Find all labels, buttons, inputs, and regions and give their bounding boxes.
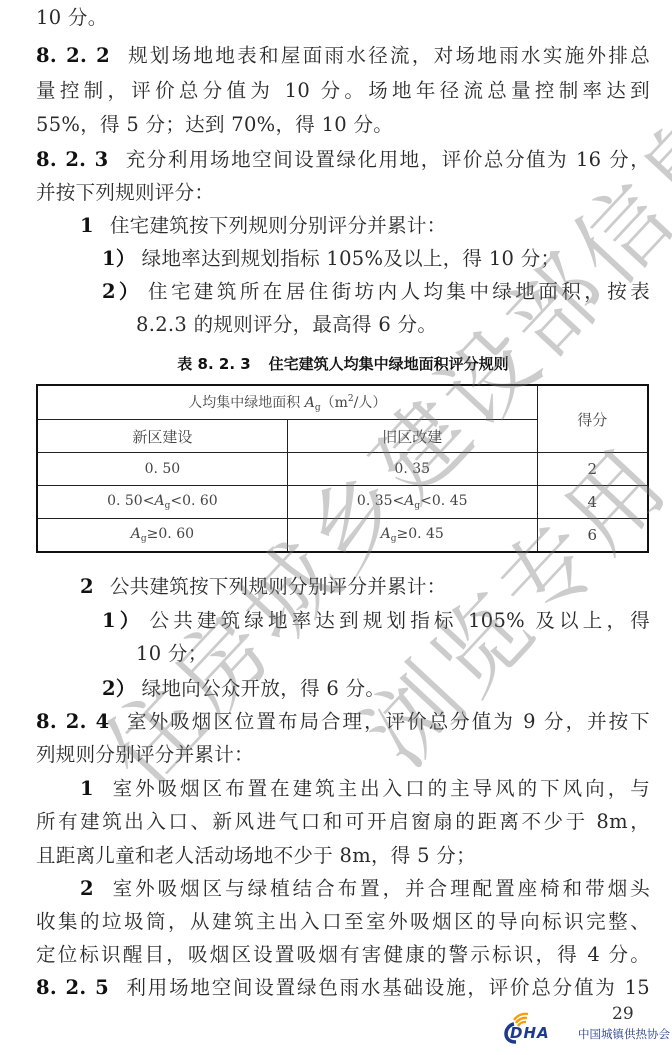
subitem-text: 8.2.3 的规则评分，最高得 6 分。 [136, 313, 437, 336]
clause-8-2-4-item-1-line-3: 且距离儿童和老人活动场地不少于 8m，得 5 分； [36, 841, 650, 871]
subitem-text: 住宅建筑所在居住街坊内人均集中绿地面积，按表 [148, 280, 650, 303]
clause-8-2-3-item-2: 2公共建筑按下列规则分别评分并累计： [80, 572, 650, 602]
clause-8-2-4-item-1-line-2: 所有建筑出入口、新风进气口和可开启窗扇的距离不少于 8m， [36, 807, 650, 837]
clause-number: 8. 2. 5 [36, 976, 109, 999]
clause-8-2-3-item-1: 1住宅建筑按下列规则分别评分并累计： [80, 211, 650, 241]
clause-text: 并按下列规则评分： [36, 181, 214, 204]
clause-text: 量控制，评价总分值为 10 分。场地年径流总量控制率达到 [36, 79, 650, 102]
subitem-text: 公共建筑绿地率达到规划指标 105% 及以上，得 [149, 609, 650, 632]
clause-8-2-3-line-2: 并按下列规则评分： [36, 178, 650, 208]
clause-number: 8. 2. 3 [36, 148, 109, 171]
subitem-number: 1） [102, 609, 143, 632]
clause-8-2-3-item-1-sub-1: 1）绿地率达到规划指标 105%及以上，得 10 分； [102, 244, 650, 274]
header-score: 得分 [537, 385, 648, 453]
logo-abbreviation: DHA [510, 1024, 550, 1042]
subitem-text: 绿地率达到规划指标 105%及以上，得 10 分； [142, 247, 561, 270]
clause-text: 规划场地地表和屋面雨水径流，对场地雨水实施外排总 [126, 44, 650, 67]
subitem-number: 2） [102, 677, 136, 700]
clause-text: 充分利用场地空间设置绿化用地，评价总分值为 16 分， [125, 148, 651, 171]
cell-text: 0. 50< [107, 493, 154, 509]
text-line: 10 分。 [36, 3, 650, 33]
cell-score: 4 [537, 486, 648, 519]
item-text: 公共建筑按下列规则分别评分并累计： [110, 575, 447, 598]
cell-text: ≥0. 60 [147, 526, 194, 542]
unit-close: /人） [354, 395, 387, 411]
item-number: 1 [80, 777, 94, 800]
item-number: 1 [80, 214, 94, 237]
subitem-text: 绿地向公众开放，得 6 分。 [142, 677, 386, 700]
table-number: 表 8. 2. 3 [177, 355, 250, 373]
clause-8-2-4-line-1: 8. 2. 4室外吸烟区位置布局合理，评价总分值为 9 分，并按下 [36, 707, 650, 737]
header-green-area: 人均集中绿地面积 Ag（m2/人） [37, 385, 537, 420]
clause-8-2-4-item-2-line-2: 收集的垃圾筒，从建筑主出入口至室外吸烟区的导向标识完整、 [36, 907, 650, 937]
paragraph-tail: 10 分。 [36, 6, 108, 29]
variable-a: A [154, 493, 164, 509]
cell-old: 0. 35<Ag<0. 45 [287, 486, 537, 519]
clause-8-2-2-line-1: 8. 2. 2规划场地地表和屋面雨水径流，对场地雨水实施外排总 [36, 41, 650, 71]
scoring-table: 人均集中绿地面积 Ag（m2/人） 得分 新区建设 旧区改建 0. 50 0. … [36, 384, 649, 553]
table-row: 0. 50 0. 35 2 [37, 453, 648, 486]
clause-8-2-3-item-1-sub-2-line-2: 8.2.3 的规则评分，最高得 6 分。 [136, 310, 650, 340]
clause-number: 8. 2. 2 [36, 44, 110, 67]
variable-a: A [305, 395, 315, 411]
variable-a: A [131, 526, 141, 542]
cell-new: Ag≥0. 60 [37, 519, 287, 553]
cell-new: 0. 50 [37, 453, 287, 486]
variable-a: A [404, 493, 414, 509]
clause-8-2-3-line-1: 8. 2. 3充分利用场地空间设置绿化用地，评价总分值为 16 分， [36, 145, 650, 175]
clause-8-2-4-item-2-line-1: 2室外吸烟区与绿植结合布置，并合理配置座椅和带烟头 [80, 874, 650, 904]
cell-score: 6 [537, 519, 648, 553]
item-text: 且距离儿童和老人活动场地不少于 8m，得 5 分； [36, 844, 476, 867]
clause-8-2-3-item-2-sub-2: 2）绿地向公众开放，得 6 分。 [102, 674, 650, 704]
cell-text: <0. 60 [170, 493, 217, 509]
cell-old: 0. 35 [287, 453, 537, 486]
header-old-district: 旧区改建 [287, 420, 537, 453]
subitem-number: 1） [102, 247, 136, 270]
item-number: 2 [80, 877, 94, 900]
cell-text: <0. 45 [420, 493, 467, 509]
clause-text: 利用场地空间设置绿色雨水基础设施，评价总分值为 15 [125, 976, 650, 999]
item-text: 收集的垃圾筒，从建筑主出入口至室外吸烟区的导向标识完整、 [36, 910, 650, 933]
header-new-district: 新区建设 [37, 420, 287, 453]
clause-text: 室外吸烟区位置布局合理，评价总分值为 9 分，并按下 [125, 710, 650, 733]
variable-a: A [381, 526, 391, 542]
item-text: 所有建筑出入口、新风进气口和可开启窗扇的距离不少于 8m， [36, 810, 650, 833]
item-number: 2 [80, 575, 94, 598]
document-page: 10 分。 8. 2. 2规划场地地表和屋面雨水径流，对场地雨水实施外排总 量控… [0, 0, 672, 1055]
table-caption: 表 8. 2. 3住宅建筑人均集中绿地面积评分规则 [36, 352, 650, 376]
cell-text: ≥0. 45 [396, 526, 443, 542]
clause-8-2-3-item-1-sub-2-line-1: 2）住宅建筑所在居住街坊内人均集中绿地面积，按表 [102, 277, 650, 307]
clause-8-2-4-item-1-line-1: 1室外吸烟区布置在建筑主出入口的主导风的下风向，与 [80, 774, 650, 804]
clause-8-2-4-line-2: 列规则分别评分并累计： [36, 740, 650, 770]
cell-text: 0. 35< [357, 493, 404, 509]
item-text: 室外吸烟区与绿植结合布置，并合理配置座椅和带烟头 [110, 877, 650, 900]
clause-8-2-2-line-3: 55%，得 5 分；达到 70%，得 10 分。 [36, 110, 650, 140]
cell-score: 2 [537, 453, 648, 486]
clause-8-2-3-item-2-sub-1-line-2: 10 分； [136, 639, 650, 669]
table-row: Ag≥0. 60 Ag≥0. 45 6 [37, 519, 648, 553]
subitem-text: 10 分； [136, 642, 208, 665]
cell-old: Ag≥0. 45 [287, 519, 537, 553]
clause-8-2-3-item-2-sub-1-line-1: 1）公共建筑绿地率达到规划指标 105% 及以上，得 [102, 606, 650, 636]
unit-open: （m [321, 395, 348, 411]
clause-number: 8. 2. 4 [36, 710, 109, 733]
clause-text: 55%，得 5 分；达到 70%，得 10 分。 [36, 113, 393, 136]
item-text: 住宅建筑按下列规则分别评分并累计： [110, 214, 447, 237]
clause-text: 列规则分别评分并累计： [36, 743, 254, 766]
table-row: 0. 50<Ag<0. 60 0. 35<Ag<0. 45 4 [37, 486, 648, 519]
table-header-row-1: 人均集中绿地面积 Ag（m2/人） 得分 [37, 385, 648, 420]
header-label: 人均集中绿地面积 [188, 395, 304, 411]
clause-8-2-4-item-2-line-3: 定位标识醒目，吸烟区设置吸烟有害健康的警示标识，得 4 分。 [36, 940, 650, 970]
clause-8-2-5-line-1: 8. 2. 5利用场地空间设置绿色雨水基础设施，评价总分值为 15 [36, 973, 650, 1003]
item-text: 定位标识醒目，吸烟区设置吸烟有害健康的警示标识，得 4 分。 [36, 943, 650, 966]
subitem-number: 2） [102, 280, 142, 303]
footer-logo: DHA 中国城镇供热协会 [498, 1012, 668, 1044]
clause-8-2-2-line-2: 量控制，评价总分值为 10 分。场地年径流总量控制率达到 [36, 76, 650, 106]
item-text: 室外吸烟区布置在建筑主出入口的主导风的下风向，与 [110, 777, 650, 800]
cell-new: 0. 50<Ag<0. 60 [37, 486, 287, 519]
logo-organization-name: 中国城镇供热协会 [578, 1026, 670, 1042]
table-title: 住宅建筑人均集中绿地面积评分规则 [269, 355, 509, 373]
